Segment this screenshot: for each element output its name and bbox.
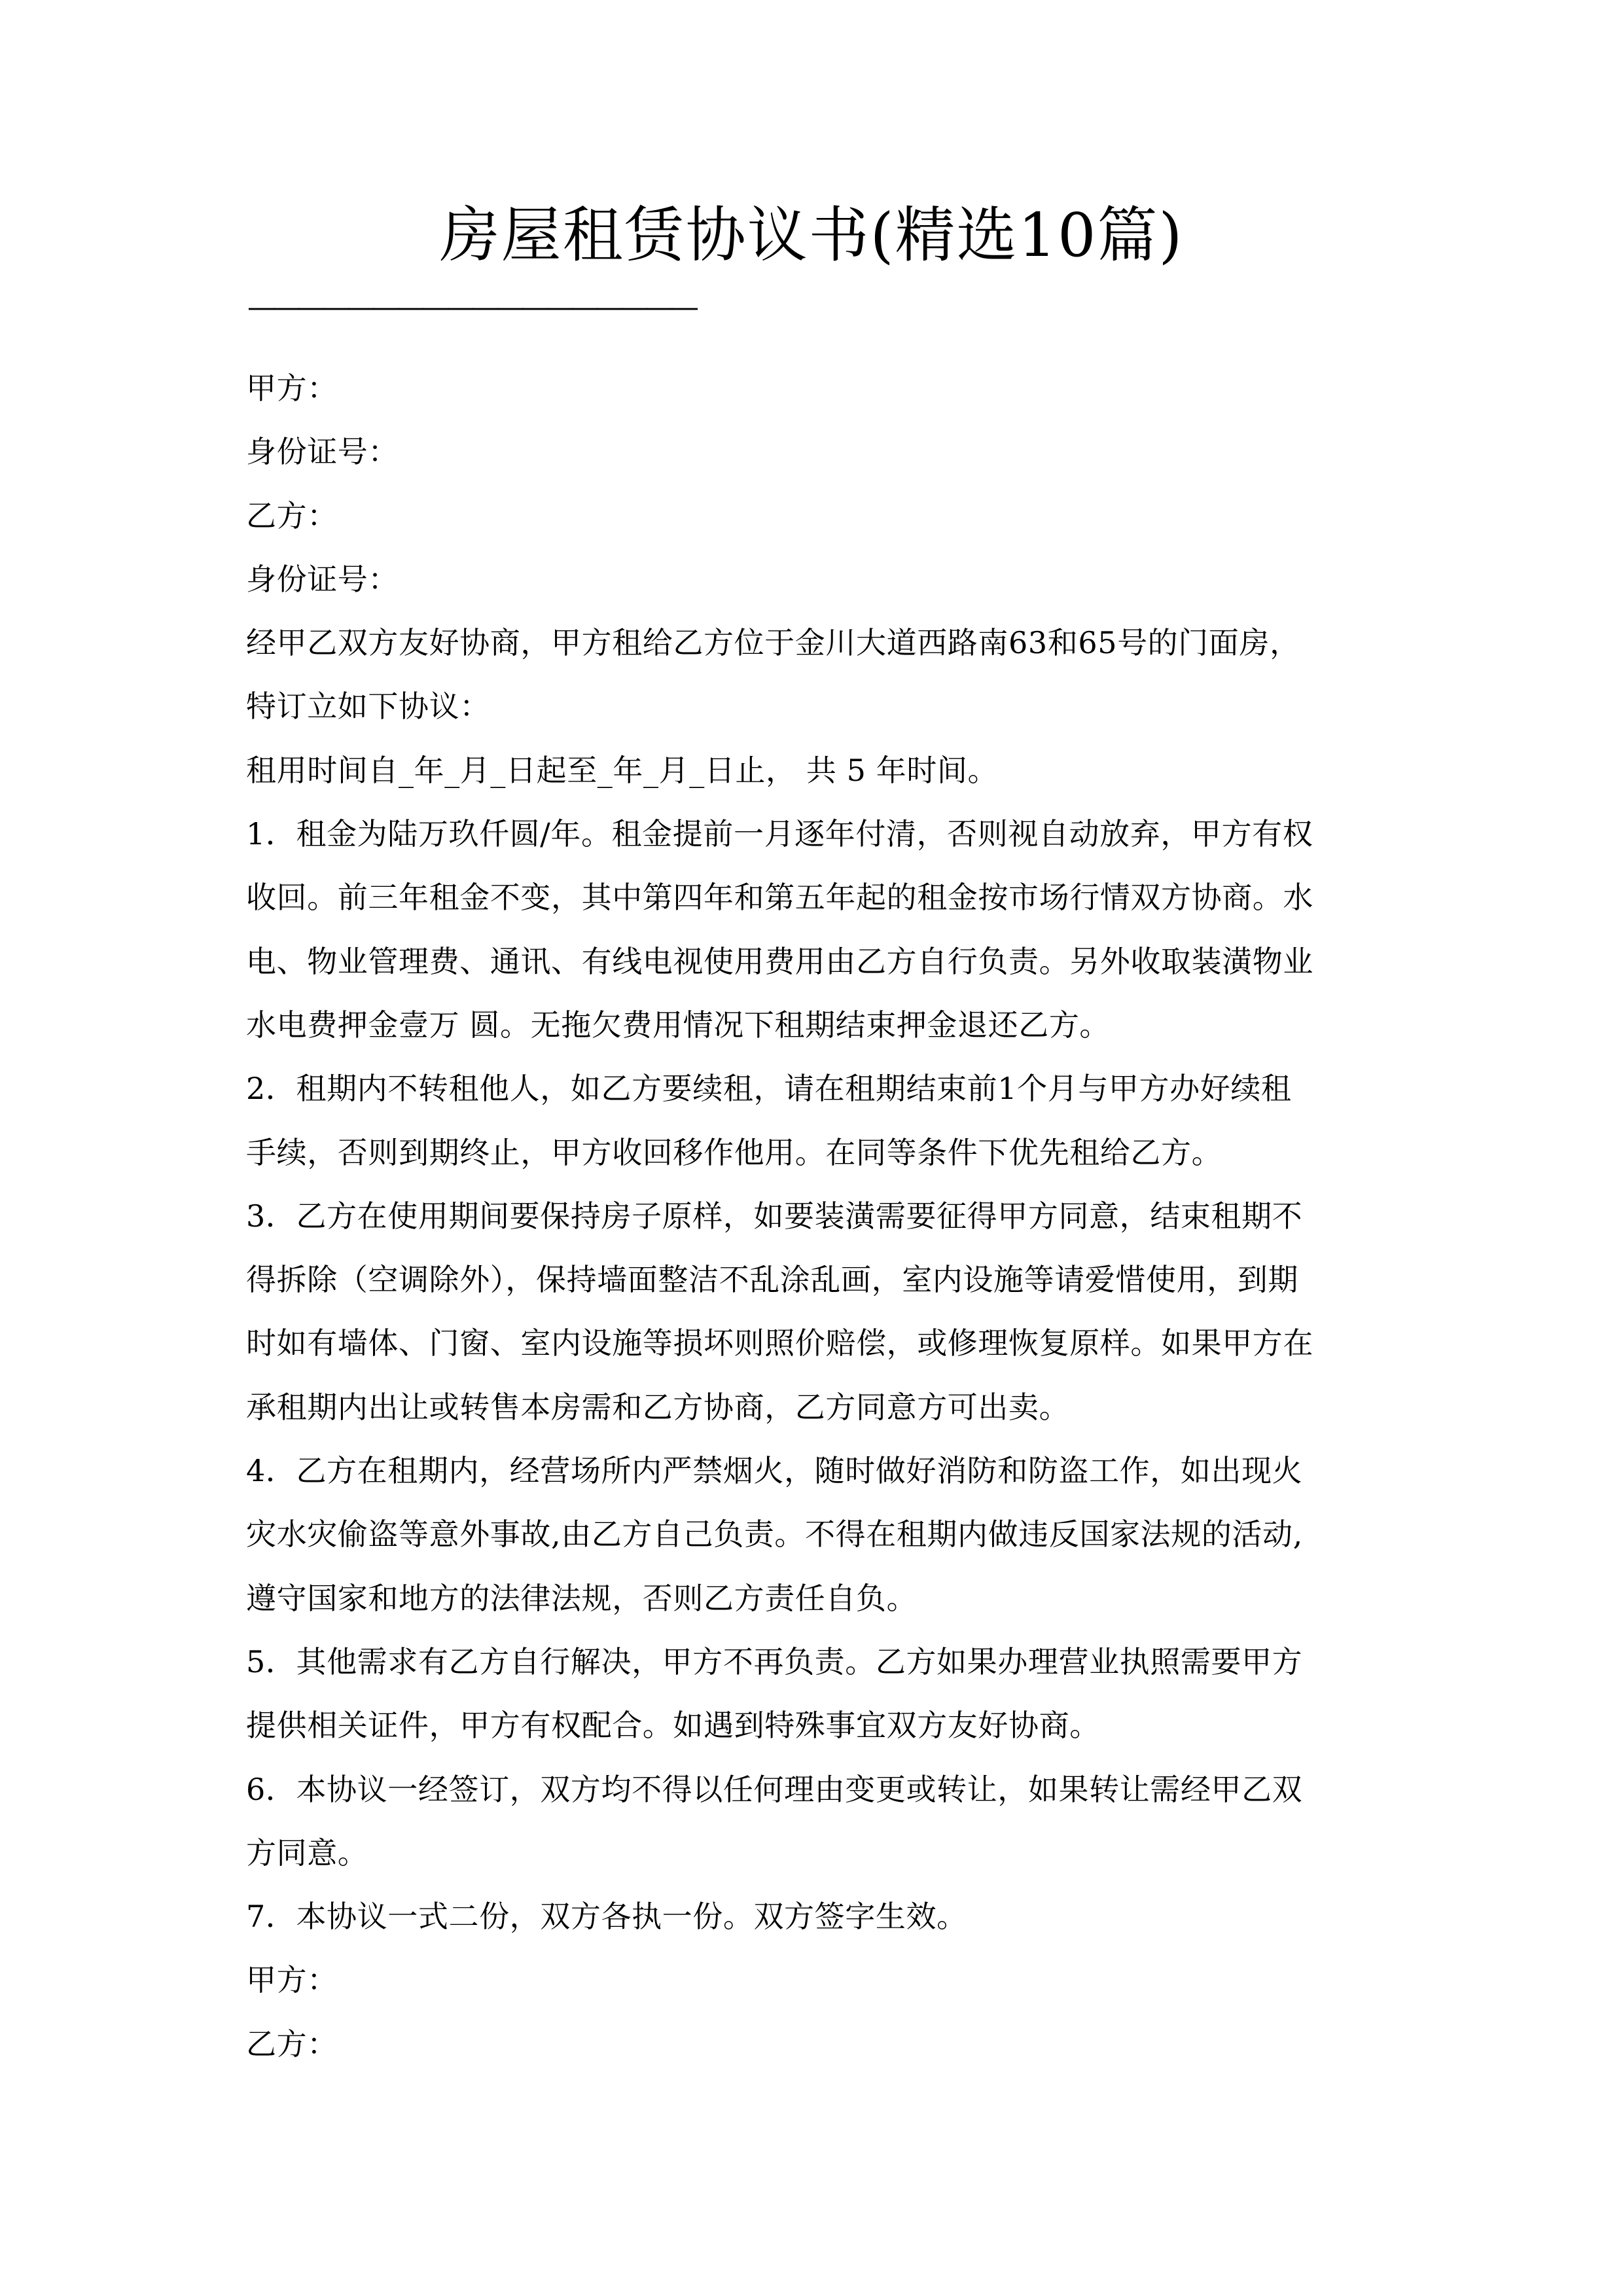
clause-1-line: 收回。前三年租金不变，其中第四年和第五年起的租金按市场行情双方协商。水 (246, 866, 1385, 929)
party-b-id-label: 身份证号： (246, 548, 1385, 611)
clause-1-line: 电、物业管理费、通讯、有线电视使用费用由乙方自行负责。另外收取装潢物业 (246, 930, 1385, 994)
clause-4-line: 4．乙方在租期内，经营场所内严禁烟火，随时做好消防和防盗工作，如出现火 (246, 1439, 1385, 1503)
clause-4-line: 灾水灾偷盗等意外事故,由乙方自己负责。不得在租期内做违反国家法规的活动, (246, 1503, 1385, 1566)
title-divider-rule: —————————————————— (247, 288, 695, 327)
clause-1-line: 水电费押金壹万 圆。无拖欠费用情况下租期结束押金退还乙方。 (246, 994, 1385, 1057)
preamble-line: 经甲乙双方友好协商，甲方租给乙方位于金川大道西路南63和65号的门面房， (246, 611, 1385, 675)
clause-2-line: 2．租期内不转租他人，如乙方要续租，请在租期结束前1个月与甲方办好续租 (246, 1057, 1385, 1121)
clause-3-line: 时如有墙体、门窗、室内设施等损坏则照价赔偿，或修理恢复原样。如果甲方在 (246, 1312, 1385, 1375)
clause-3-line: 3．乙方在使用期间要保持房子原样，如要装潢需要征得甲方同意，结束租期不 (246, 1185, 1385, 1248)
document-page: 房屋租赁协议书(精选10篇) —————————————————— 甲方： 身份… (0, 0, 1623, 2296)
party-a-id-label: 身份证号： (246, 420, 1385, 484)
signature-party-a: 甲方： (246, 1948, 1385, 2012)
clause-5-line: 5．其他需求有乙方自行解决，甲方不再负责。乙方如果办理营业执照需要甲方 (246, 1630, 1385, 1694)
clause-6-line: 6．本协议一经签订，双方均不得以任何理由变更或转让，如果转让需经甲乙双 (246, 1758, 1385, 1821)
lease-term-line: 租用时间自_年_月_日起至_年_月_日止， 共 5 年时间。 (246, 739, 1385, 802)
party-b-label: 乙方： (246, 484, 1385, 548)
clause-5-line: 提供相关证件，甲方有权配合。如遇到特殊事宜双方友好协商。 (246, 1694, 1385, 1757)
signature-party-b: 乙方： (246, 2013, 1385, 2076)
clause-3-line: 承租期内出让或转售本房需和乙方协商，乙方同意方可出卖。 (246, 1376, 1385, 1439)
document-title: 房屋租赁协议书(精选10篇) (0, 196, 1623, 275)
preamble-line: 特订立如下协议： (246, 675, 1385, 738)
clause-3-line: 得拆除（空调除外），保持墙面整洁不乱涂乱画，室内设施等请爱惜使用，到期 (246, 1248, 1385, 1312)
clause-7-line: 7．本协议一式二份，双方各执一份。双方签字生效。 (246, 1885, 1385, 1948)
clause-2-line: 手续，否则到期终止，甲方收回移作他用。在同等条件下优先租给乙方。 (246, 1121, 1385, 1185)
clause-6-line: 方同意。 (246, 1821, 1385, 1885)
clause-4-line: 遵守国家和地方的法律法规，否则乙方责任自负。 (246, 1567, 1385, 1630)
document-body: 甲方： 身份证号： 乙方： 身份证号： 经甲乙双方友好协商，甲方租给乙方位于金川… (246, 357, 1385, 2076)
party-a-label: 甲方： (246, 357, 1385, 420)
clause-1-line: 1．租金为陆万玖仟圆/年。租金提前一月逐年付清，否则视自动放弃，甲方有权 (246, 802, 1385, 866)
